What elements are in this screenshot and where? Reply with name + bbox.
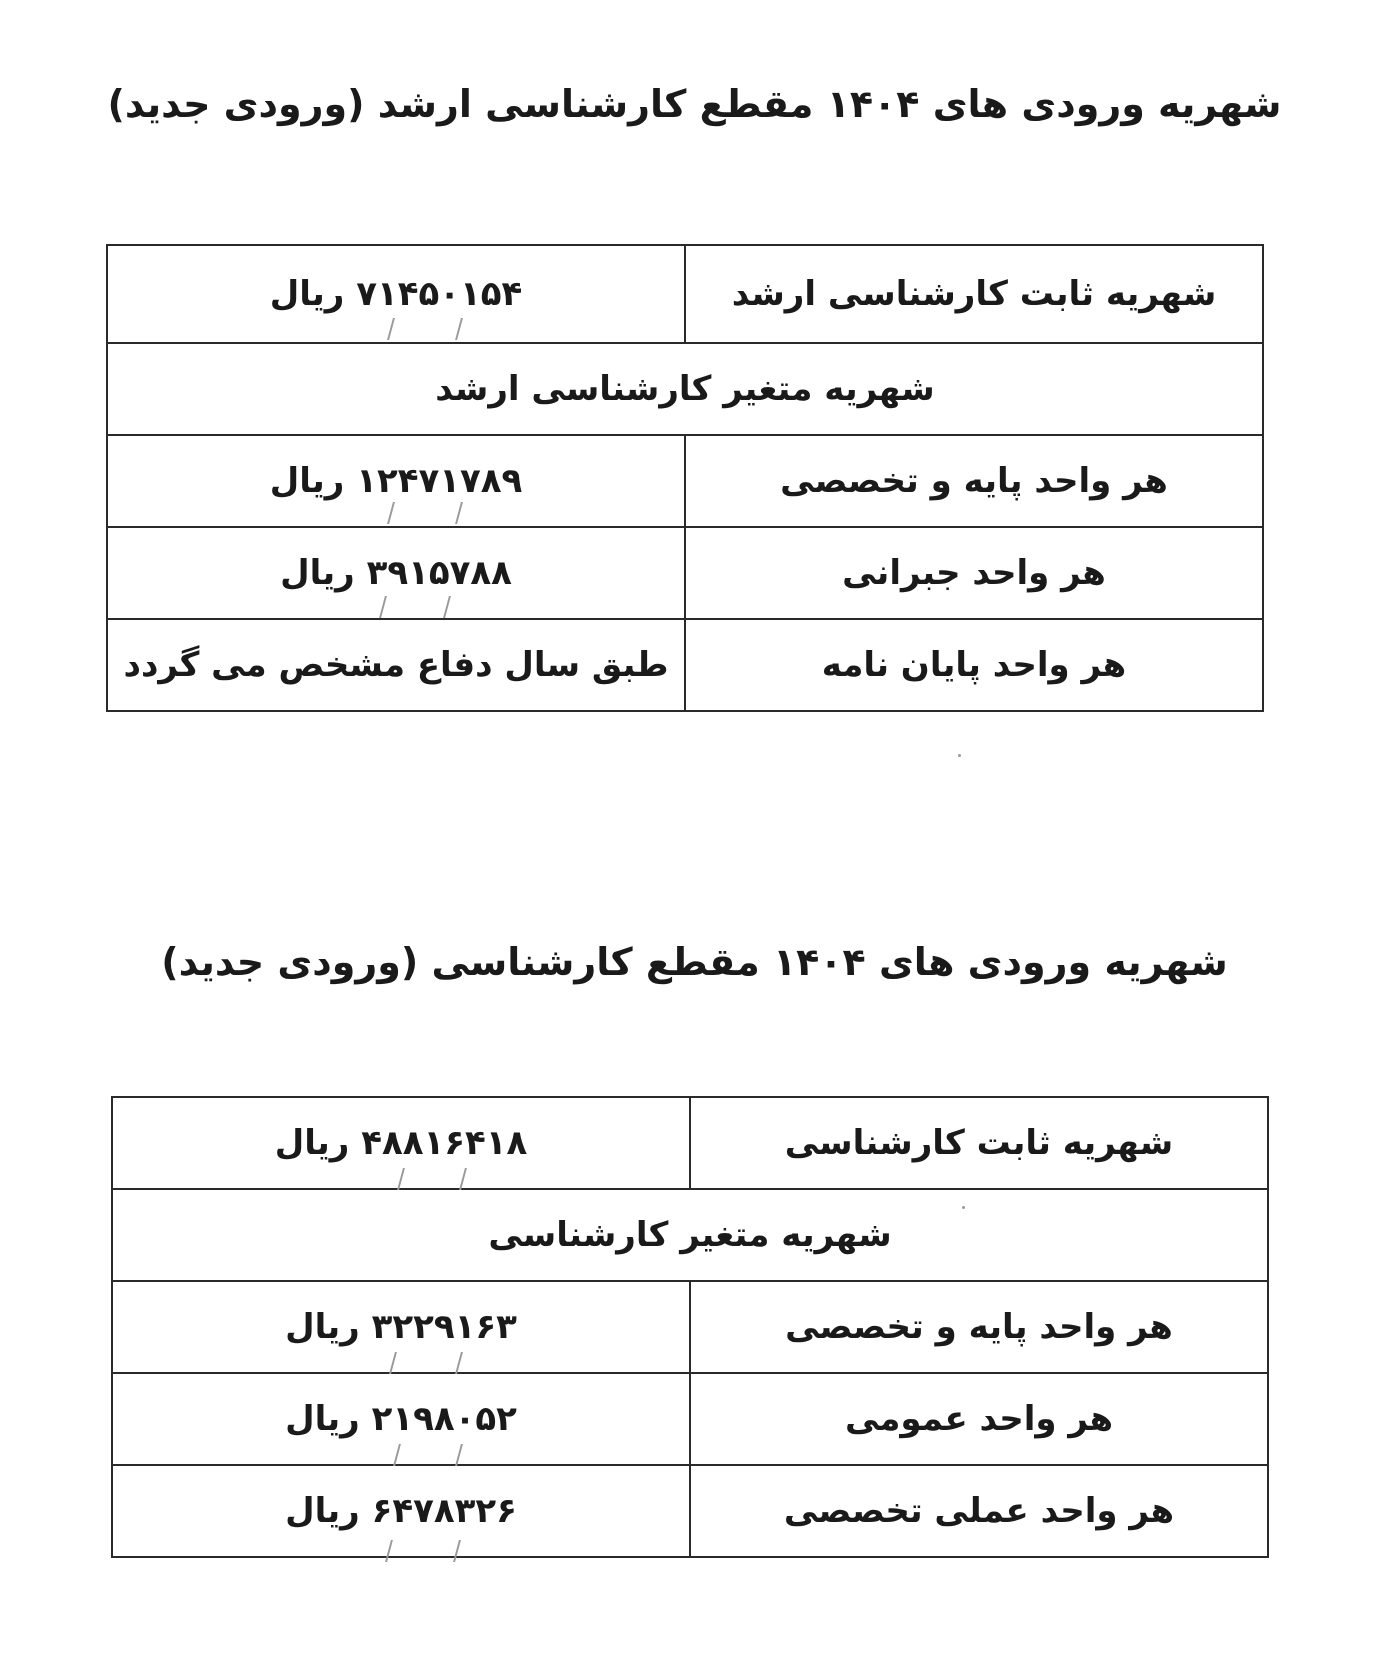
row-label: هر واحد پایه و تخصصی [690,1281,1268,1373]
fixed-fee-label: شهریه ثابت کارشناسی ارشد [685,245,1263,343]
row-label: هر واحد جبرانی [685,527,1263,619]
fixed-fee-label: شهریه ثابت کارشناسی [690,1097,1268,1189]
table-row: شهریه متغیر کارشناسی ارشد [107,343,1263,435]
fixed-fee-value: ۷۱۴۵۰۱۵۴ ریال [107,245,685,343]
variable-fee-header: شهریه متغیر کارشناسی [112,1189,1268,1281]
scan-speck [958,754,961,757]
bachelors-fee-table: شهریه ثابت کارشناسی ۴۸۸۱۶۴۱۸ ریال شهریه … [111,1096,1269,1558]
variable-fee-header: شهریه متغیر کارشناسی ارشد [107,343,1263,435]
row-value: طبق سال دفاع مشخص می گردد [107,619,685,711]
row-label: هر واحد عمومی [690,1373,1268,1465]
row-value: ۲۱۹۸۰۵۲ ریال [112,1373,690,1465]
row-value: ۱۲۴۷۱۷۸۹ ریال [107,435,685,527]
row-value: ۳۹۱۵۷۸۸ ریال [107,527,685,619]
row-label: هر واحد پایان نامه [685,619,1263,711]
table-row: هر واحد پایه و تخصصی ۱۲۴۷۱۷۸۹ ریال [107,435,1263,527]
scan-speck [962,1206,965,1209]
table-row: هر واحد عمومی ۲۱۹۸۰۵۲ ریال [112,1373,1268,1465]
table-row: شهریه ثابت کارشناسی ارشد ۷۱۴۵۰۱۵۴ ریال [107,245,1263,343]
masters-fee-table: شهریه ثابت کارشناسی ارشد ۷۱۴۵۰۱۵۴ ریال ش… [106,244,1264,712]
section-title-masters: شهریه ورودی های ۱۴۰۴ مقطع کارشناسی ارشد … [0,82,1389,126]
row-label: هر واحد عملی تخصصی [690,1465,1268,1557]
row-value: ۶۴۷۸۳۲۶ ریال [112,1465,690,1557]
table-row: هر واحد پایه و تخصصی ۳۲۲۹۱۶۳ ریال [112,1281,1268,1373]
row-label: هر واحد پایه و تخصصی [685,435,1263,527]
table-row: هر واحد عملی تخصصی ۶۴۷۸۳۲۶ ریال [112,1465,1268,1557]
table-row: شهریه ثابت کارشناسی ۴۸۸۱۶۴۱۸ ریال [112,1097,1268,1189]
row-value: ۳۲۲۹۱۶۳ ریال [112,1281,690,1373]
section-title-bachelors: شهریه ورودی های ۱۴۰۴ مقطع کارشناسی (ورود… [0,940,1389,984]
table-row: شهریه متغیر کارشناسی [112,1189,1268,1281]
table-row: هر واحد پایان نامه طبق سال دفاع مشخص می … [107,619,1263,711]
table-row: هر واحد جبرانی ۳۹۱۵۷۸۸ ریال [107,527,1263,619]
